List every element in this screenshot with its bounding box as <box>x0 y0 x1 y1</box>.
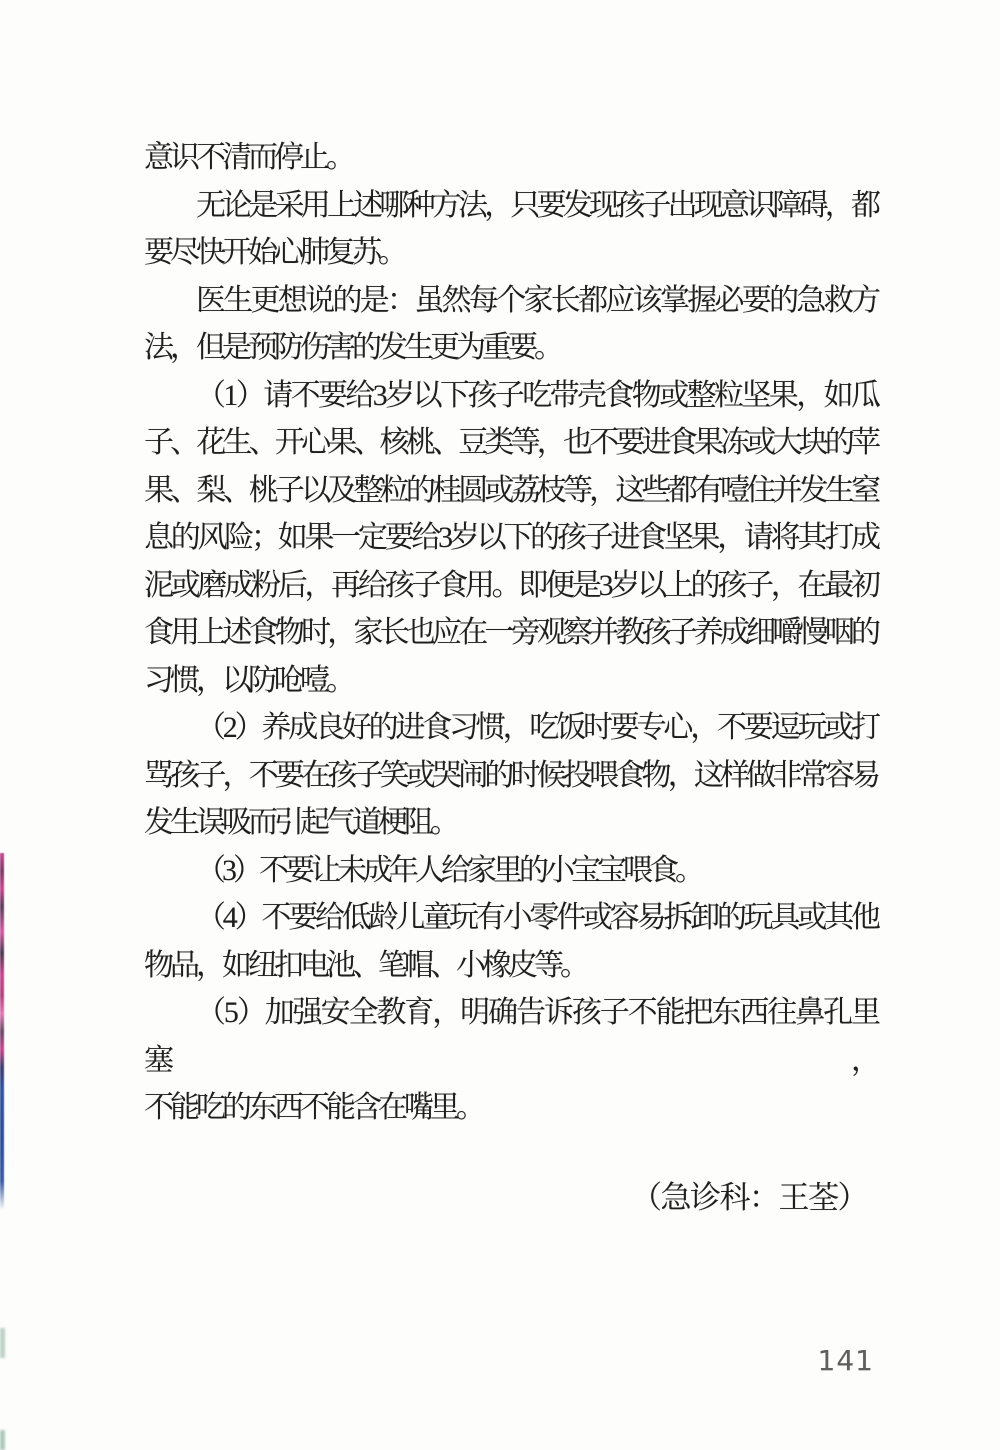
text-line: 息的风险；如果一定要给3岁以下的孩子进食坚果，请将其打成 <box>144 514 877 562</box>
text-line: 习惯，以防呛噎。 <box>144 657 877 705</box>
attribution: （急诊科：王荃） <box>144 1174 877 1222</box>
page-number: 141 <box>818 1344 874 1377</box>
text-line: （3）不要让未成年人给家里的小宝宝喂食。 <box>144 847 877 895</box>
text-line: （1）请不要给3岁以下孩子吃带壳食物或整粒坚果，如瓜 <box>144 372 877 420</box>
text-block: 意识不清而停止。无论是采用上述哪种方法，只要发现孩子出现意识障碍，都要尽快开始心… <box>144 134 877 1221</box>
text-line: 法，但是预防伤害的发生更为重要。 <box>144 324 877 372</box>
text-line: 无论是采用上述哪种方法，只要发现孩子出现意识障碍，都 <box>144 182 877 230</box>
text-line: 要尽快开始心肺复苏。 <box>144 229 877 277</box>
text-line: 食用上述食物时，家长也应在一旁观察并教孩子养成细嚼慢咽的 <box>144 609 877 657</box>
text-line: 子、花生、开心果、核桃、豆类等，也不要进食果冻或大块的苹 <box>144 419 877 467</box>
text-line: （2）养成良好的进食习惯，吃饭时要专心，不要逗玩或打 <box>144 704 877 752</box>
text-line: 骂孩子，不要在孩子笑或哭闹的时候投喂食物，这样做非常容易 <box>144 752 877 800</box>
text-line: 不能吃的东西不能含在嘴里。 <box>144 1084 877 1132</box>
text-lines: 意识不清而停止。无论是采用上述哪种方法，只要发现孩子出现意识障碍，都要尽快开始心… <box>144 134 877 1132</box>
scan-edge-smudge <box>0 1430 5 1450</box>
scan-edge-color-strip <box>0 853 4 1210</box>
text-line: （4）不要给低龄儿童玩有小零件或容易拆卸的玩具或其他 <box>144 894 877 942</box>
text-line: （5）加强安全教育，明确告诉孩子不能把东西往鼻孔里塞， <box>144 989 877 1084</box>
document-page: 意识不清而停止。无论是采用上述哪种方法，只要发现孩子出现意识障碍，都要尽快开始心… <box>0 0 1000 1450</box>
text-line: 发生误吸而引起气道梗阻。 <box>144 799 877 847</box>
text-line: 医生更想说的是：虽然每个家长都应该掌握必要的急救方 <box>144 277 877 325</box>
text-line: 意识不清而停止。 <box>144 134 877 182</box>
text-line: 物品，如纽扣电池、笔帽、小橡皮等。 <box>144 942 877 990</box>
text-line: 泥或磨成粉后，再给孩子食用。即便是3岁以上的孩子，在最初 <box>144 562 877 610</box>
text-line: 果、梨、桃子以及整粒的桂圆或荔枝等，这些都有噎住并发生窒 <box>144 467 877 515</box>
scan-edge-smudge <box>0 1328 5 1358</box>
